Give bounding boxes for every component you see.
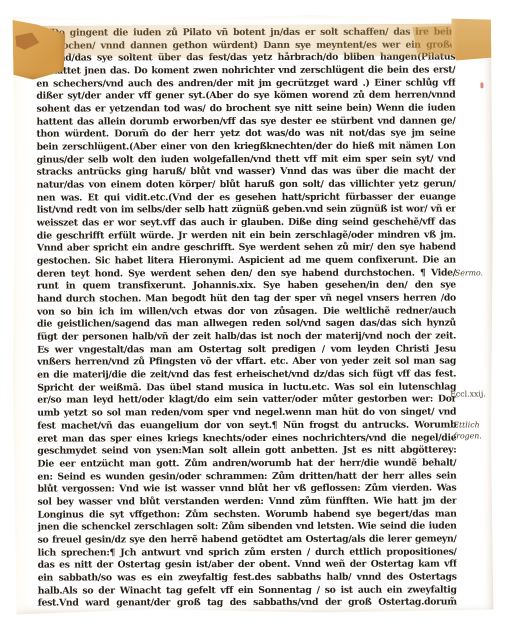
text-line: Die eer entzücht man gott. Zům andren/wo… [37,457,456,471]
text-line: sohent das er yetzendan tod was/ do broc… [36,102,455,116]
text-line: gestattet jnen das. Do koment zwen nohri… [36,64,455,78]
text-line: en schechers/vnd auch des andren/der mit… [36,77,455,91]
text-line: fügt der personen halb/vñ der zeit halb/… [37,331,456,345]
text-line: Vnnd aber spricht ein andre geschrifft. … [37,242,456,256]
text-line: natur/das von einem doten körper/ blůt h… [37,179,456,193]
text-line: nen was. Et qui vidit.etc.(Vnd der es ge… [37,191,456,205]
text-line: vnßers herren/vnd zů Pfingsten võ der vf… [37,356,456,370]
text-line: eret man das sper eines kriegs knechts/o… [37,432,456,446]
text-line: gestochen. Sic habet litera Hieronymi. A… [37,255,456,269]
text-line: jnen die schenckel zerschlagen solt: Zům… [38,521,457,535]
text-line: list/vnd redt von im selbs/der selb hatt… [37,204,456,218]
text-line: lich sprechen:¶ Jch antwurt vnd sprich z… [38,546,457,560]
text-line: sol bey wasser vnd blůt verstanden werde… [37,495,456,509]
text-line: geschmydet seind von ysen:Man solt allei… [37,445,456,459]
text-line: Spricht der weißmã. Das übel stand music… [37,381,456,395]
red-ink-mark [480,82,483,88]
text-line: fest machet/vñ das euangelium dor von se… [37,419,456,433]
text-line: fest.Vnd ward genant/der groß tag des sa… [38,597,457,611]
text-line: von so bin ich im willen/vch etwas dor v… [37,305,456,319]
body-text-block: ¶ (Do gingent die iuden zů Pilato vñ bot… [36,26,457,610]
text-line: Es wer vngestalt/das man am Ostertag sol… [37,343,456,357]
text-line: Longinus die syt vffgethon: Zům sechsten… [38,508,457,522]
text-line: stracks antrücks ging haruß/ blůt vnd wa… [37,166,456,180]
margin-note-ettlich-line1: Ettlich [453,420,481,431]
tape-corner-top-right [451,7,496,60]
text-line: umb yetzt so sol man reden/vom sper vnd … [37,407,456,421]
text-line: thon würdent. Dorum̃ do der herr yetz do… [37,128,456,142]
text-line: so freuel gesin/dz sye den herrẽ habend … [38,533,457,547]
text-line: ginus/der selb wolt den iuden wolgefalle… [37,153,456,167]
text-line: die geistlichen/sagend das man allwegen … [37,318,456,332]
text-line: die geschrifft erfült würde. Jr werden n… [37,229,456,243]
margin-note-ettlich: Ettlich frogen. [453,420,481,441]
text-line: en: Seind es wunden gesin/oder schrammen… [37,470,456,484]
text-line: das es nitt der Ostertag gesin ist/aber … [38,559,457,573]
text-line: hand durch stochen. Man begodt hüt den t… [37,293,456,307]
text-line: ein sabbath/so was es ein zweyfaltig fes… [38,571,457,585]
manuscript-page: ¶ (Do gingent die iuden zů Pilato vñ bot… [10,12,495,615]
margin-note-eccl: Eccl.xxij. [450,389,486,400]
text-line: blůt vergossen: Vnd wie ist wasser vnnd … [37,483,456,497]
margin-note-sermo: Sermo. [455,268,483,279]
text-line: en die materij/die die zeit/vnd das fest… [37,369,456,383]
text-line: er/so man leyd hett/oder klagt/do eim se… [37,394,456,408]
text-line: runt in quem transfixerunt. Johannis.xix… [37,280,456,294]
text-line: deren teyt hond. Sye werdent sehen den/ … [37,267,456,281]
margin-note-ettlich-line2: frogen. [453,431,481,442]
text-line: bein zerschlügent.(Aber einer von den kr… [37,141,456,155]
paper-left-fold-highlight [14,14,32,616]
text-line: hattent das allein dorumb erworben/vff d… [36,115,455,129]
tape-fold [15,33,39,50]
text-line: dißer syt/der ander vff gener syt.(Aber … [36,90,455,104]
text-line: halb.Als so der Winacht tag gefelt vff e… [38,584,457,598]
text-line: weisszet das er wor seyt.vff das auch ir… [37,217,456,231]
